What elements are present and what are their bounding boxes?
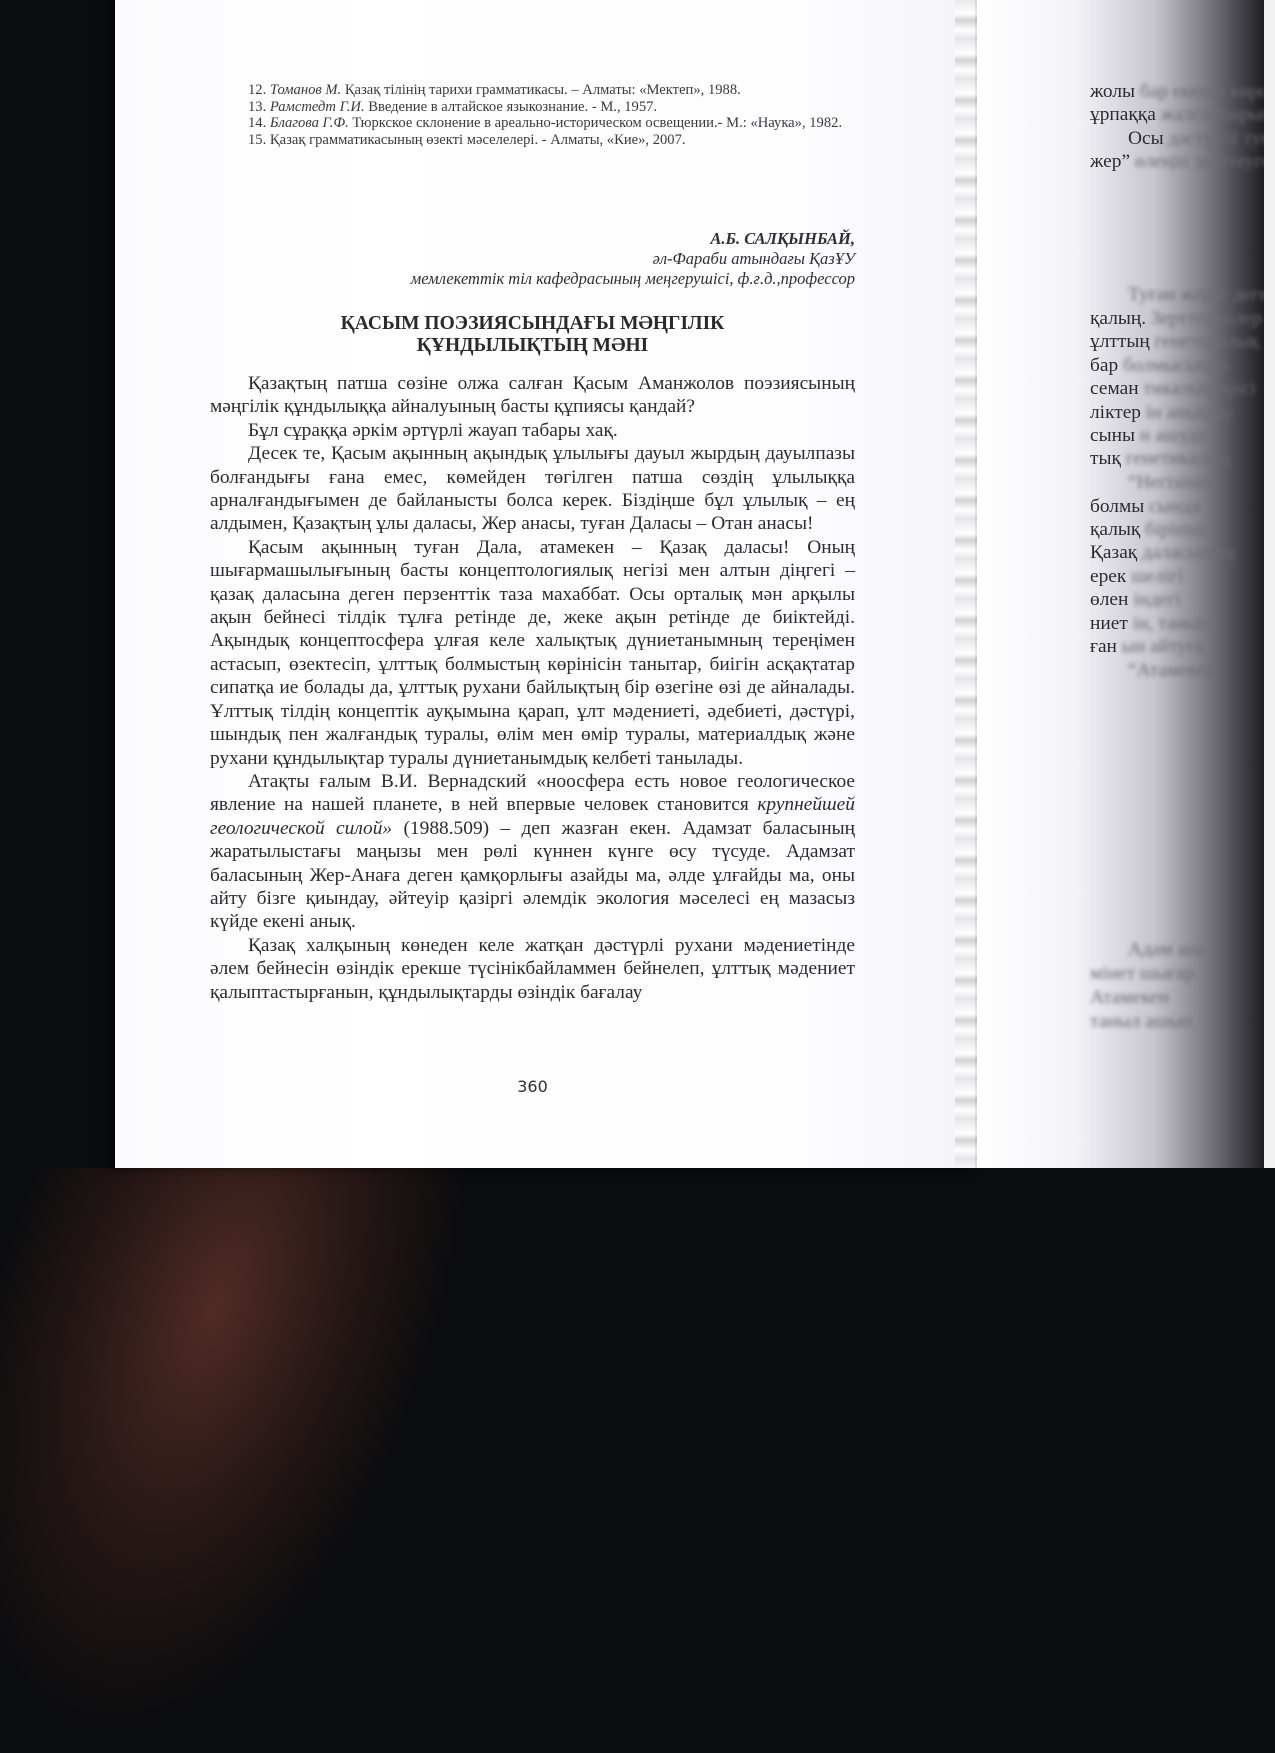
right-page-blurred-text: н ашуда [1140, 425, 1206, 446]
right-page-line: “Атамекен [1090, 659, 1216, 682]
right-page-line: қалық бірінші [1090, 518, 1206, 541]
right-page-visible-text: ұрпаққа [1090, 104, 1161, 125]
right-page-line: Атамекен [1090, 986, 1169, 1009]
right-page-line: тық генетикалық [1090, 447, 1230, 470]
right-page-blurred-text: “Негізінен [1128, 472, 1215, 493]
right-page-blurred-text: генетикалық [1155, 331, 1259, 352]
paragraph: Қазақтың патша сөзіне олжа салған Қасым … [210, 372, 855, 419]
right-page-blurred-text: ін анықтау [1146, 402, 1234, 423]
right-page-visible-text: ерек [1090, 566, 1131, 587]
right-page-blurred-text: даласының [1142, 542, 1234, 563]
scanner-edge [1264, 0, 1275, 1168]
right-page-blurred-text: Атамекен [1090, 987, 1169, 1008]
right-page-line: мінет шығар [1090, 962, 1194, 985]
right-page-line: Туған жерге деген [1090, 283, 1264, 306]
reference-item: 15. Қазақ грамматикасының өзекті мәселел… [210, 132, 855, 149]
right-page-line: ниет ін, танып [1090, 612, 1209, 635]
right-page-line: Осы дәстүрлі туған [1090, 127, 1264, 150]
right-page-blurred-text: ін, танып [1133, 613, 1210, 634]
right-page-blurred-text: жалғастырып келеді [1161, 104, 1264, 125]
right-page-line: сыны н ашуда [1090, 424, 1206, 447]
right-page: жолы бар екенін көрсетедіұрпаққа жалғаст… [977, 0, 1264, 1168]
right-page-line: Адам ана [1090, 938, 1205, 961]
paragraph: Атақты ғалым В.И. Вернадский «ноосфера е… [210, 770, 855, 934]
binding-spine [955, 0, 977, 1168]
left-page: 12. Томанов М. Қазақ тілінің тарихи грам… [115, 0, 975, 1168]
right-page-visible-text: өлен [1090, 589, 1133, 610]
right-page-visible-text: ниет [1090, 613, 1133, 634]
right-page-line: қалың. Зерттеушілер [1090, 307, 1262, 330]
right-page-blurred-text: генетикалық [1126, 448, 1230, 469]
right-page-blurred-text: тикалық өрісі [1143, 378, 1256, 399]
right-page-blurred-text: Зерттеушілер [1151, 308, 1262, 329]
right-page-blurred-text: “Атамекен [1128, 660, 1216, 681]
right-page-blurred-text: ын айтуға [1122, 636, 1204, 657]
right-page-line: ұлттың генетикалық [1090, 330, 1259, 353]
author-position: мемлекеттік тіл кафедрасының меңгерушісі… [210, 269, 855, 289]
author-name: А.Б. САЛҚЫНБАЙ, [210, 229, 855, 249]
right-page-visible-text: ұлттың [1090, 331, 1155, 352]
reference-author: Благова Г.Ф. [270, 115, 349, 131]
right-page-line: ліктер ін анықтау [1090, 401, 1234, 424]
right-page-blurred-text: өлеңін зерттеуге [1135, 151, 1264, 172]
page-number: 360 [210, 1077, 855, 1096]
right-page-blurred-text: сында [1149, 496, 1199, 517]
paragraph: Қасым ақынның туған Дала, атамекен – Қаз… [210, 536, 855, 770]
right-page-blurred-text: Адам ана [1128, 939, 1205, 960]
right-page-visible-text: болмы [1090, 496, 1149, 517]
author-affiliation: әл-Фараби атындағы ҚазҰУ [210, 249, 855, 269]
right-page-visible-text: Осы [1128, 128, 1169, 149]
right-page-line: ұрпаққа жалғастырып келеді [1090, 103, 1264, 126]
right-page-blurred-text: бірінші [1145, 519, 1206, 540]
right-page-blurred-text: шелігі [1131, 566, 1183, 587]
right-page-line: таныл ашып [1090, 1010, 1192, 1033]
right-page-line: ған ын айтуға [1090, 635, 1204, 658]
right-page-line: ерек шелігі [1090, 565, 1183, 588]
right-page-visible-text: жолы [1090, 81, 1140, 102]
right-page-visible-text: бар [1090, 355, 1123, 376]
right-page-line: жолы бар екенін көрсетеді [1090, 80, 1264, 103]
right-page-blurred-text: дәстүрлі туған [1169, 128, 1265, 149]
right-page-visible-text: тық [1090, 448, 1126, 469]
right-page-line: болмы сында [1090, 495, 1200, 518]
article-body: Қазақтың патша сөзіне олжа салған Қасым … [210, 372, 855, 1004]
reference-author: Рамстедт Г.И. [270, 99, 365, 115]
right-page-visible-text: жер” [1090, 151, 1135, 172]
right-page-blurred-text: мінет шығар [1090, 963, 1194, 984]
right-page-visible-text: семан [1090, 378, 1143, 399]
right-page-blurred-text: Туған жерге деген [1128, 284, 1264, 305]
finger-shadow [0, 1168, 700, 1753]
right-page-visible-text: ған [1090, 636, 1122, 657]
reference-item: 12. Томанов М. Қазақ тілінің тарихи грам… [210, 82, 855, 99]
right-page-line: “Негізінен [1090, 471, 1215, 494]
right-page-blurred-text: болмысында [1123, 355, 1228, 376]
right-page-blurred-text: таныл ашып [1090, 1011, 1192, 1032]
reference-item: 14. Благова Г.Ф. Тюркское склонение в ар… [210, 115, 855, 132]
right-page-blurred-text: бар екенін көрсетеді [1140, 81, 1264, 102]
right-page-visible-text: ліктер [1090, 402, 1146, 423]
right-page-visible-text: Қазақ [1090, 542, 1142, 563]
right-page-line: жер” өлеңін зерттеуге [1090, 150, 1264, 173]
right-page-blurred-text: індегі [1133, 589, 1181, 610]
right-page-line: семан тикалық өрісі [1090, 377, 1256, 400]
right-page-visible-text: қалың. [1090, 308, 1151, 329]
right-page-visible-text: қалық [1090, 519, 1145, 540]
paragraph: Бұл сұраққа әркім әртүрлі жауап табары х… [210, 419, 855, 442]
right-page-line: бар болмысында [1090, 354, 1228, 377]
author-block: А.Б. САЛҚЫНБАЙ, әл-Фараби атындағы ҚазҰУ… [210, 229, 855, 289]
article-title: ҚАСЫМ ПОЭЗИЯСЫНДАҒЫ МӘҢГІЛІК ҚҰНДЫЛЫҚТЫҢ… [210, 313, 855, 357]
paragraph: Десек те, Қасым ақынның ақындық ұлылығы … [210, 442, 855, 536]
reference-author: Томанов М. [270, 82, 341, 98]
right-page-line: өлен індегі [1090, 588, 1181, 611]
right-page-visible-text: сыны [1090, 425, 1140, 446]
paragraph: Қазақ халқының көнеден келе жатқан дәстү… [210, 934, 855, 1004]
reference-item: 13. Рамстедт Г.И. Введение в алтайское я… [210, 99, 855, 116]
reference-list: 12. Томанов М. Қазақ тілінің тарихи грам… [210, 82, 855, 148]
right-page-line: Қазақ даласының [1090, 541, 1234, 564]
